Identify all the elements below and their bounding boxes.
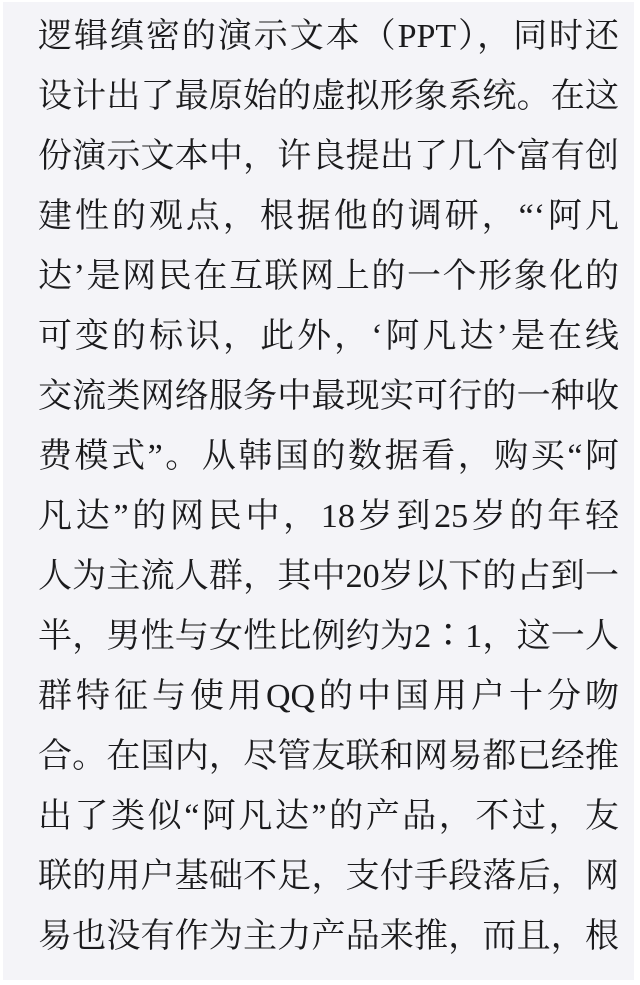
text-line: 人为主流人群，其中20岁以下的占到一 bbox=[38, 547, 619, 607]
text-line: 达’是网民在互联网上的一个形象化的 bbox=[38, 247, 619, 307]
text-line: 易也没有作为主力产品来推，而且，根 bbox=[38, 907, 619, 967]
text-line: 可变的标识，此外，‘阿凡达’是在线 bbox=[38, 307, 619, 367]
text-block: 逻辑缜密的演示文本（PPT），同时还 设计出了最原始的虚拟形象系统。在这 份演示… bbox=[3, 2, 634, 967]
text-line: 份演示文本中，许良提出了几个富有创 bbox=[38, 127, 619, 187]
text-line: 群特征与使用QQ的中国用户十分吻 bbox=[38, 667, 619, 727]
text-line: 逻辑缜密的演示文本（PPT），同时还 bbox=[38, 7, 619, 67]
text-line: 交流类网络服务中最现实可行的一种收 bbox=[38, 367, 619, 427]
text-line: 凡达”的网民中，18岁到25岁的年轻 bbox=[38, 487, 619, 547]
text-line: 设计出了最原始的虚拟形象系统。在这 bbox=[38, 67, 619, 127]
text-line: 建性的观点，根据他的调研，“‘阿凡 bbox=[38, 187, 619, 247]
text-line: 合。在国内，尽管友联和网易都已经推 bbox=[38, 727, 619, 787]
text-line: 半，男性与女性比例约为2∶1，这一人 bbox=[38, 607, 619, 667]
text-line: 联的用户基础不足，支付手段落后，网 bbox=[38, 847, 619, 907]
text-line: 出了类似“阿凡达”的产品，不过，友 bbox=[38, 787, 619, 847]
reader-page[interactable]: 逻辑缜密的演示文本（PPT），同时还 设计出了最原始的虚拟形象系统。在这 份演示… bbox=[3, 2, 634, 980]
text-line: 费模式”。从韩国的数据看，购买“阿 bbox=[38, 427, 619, 487]
